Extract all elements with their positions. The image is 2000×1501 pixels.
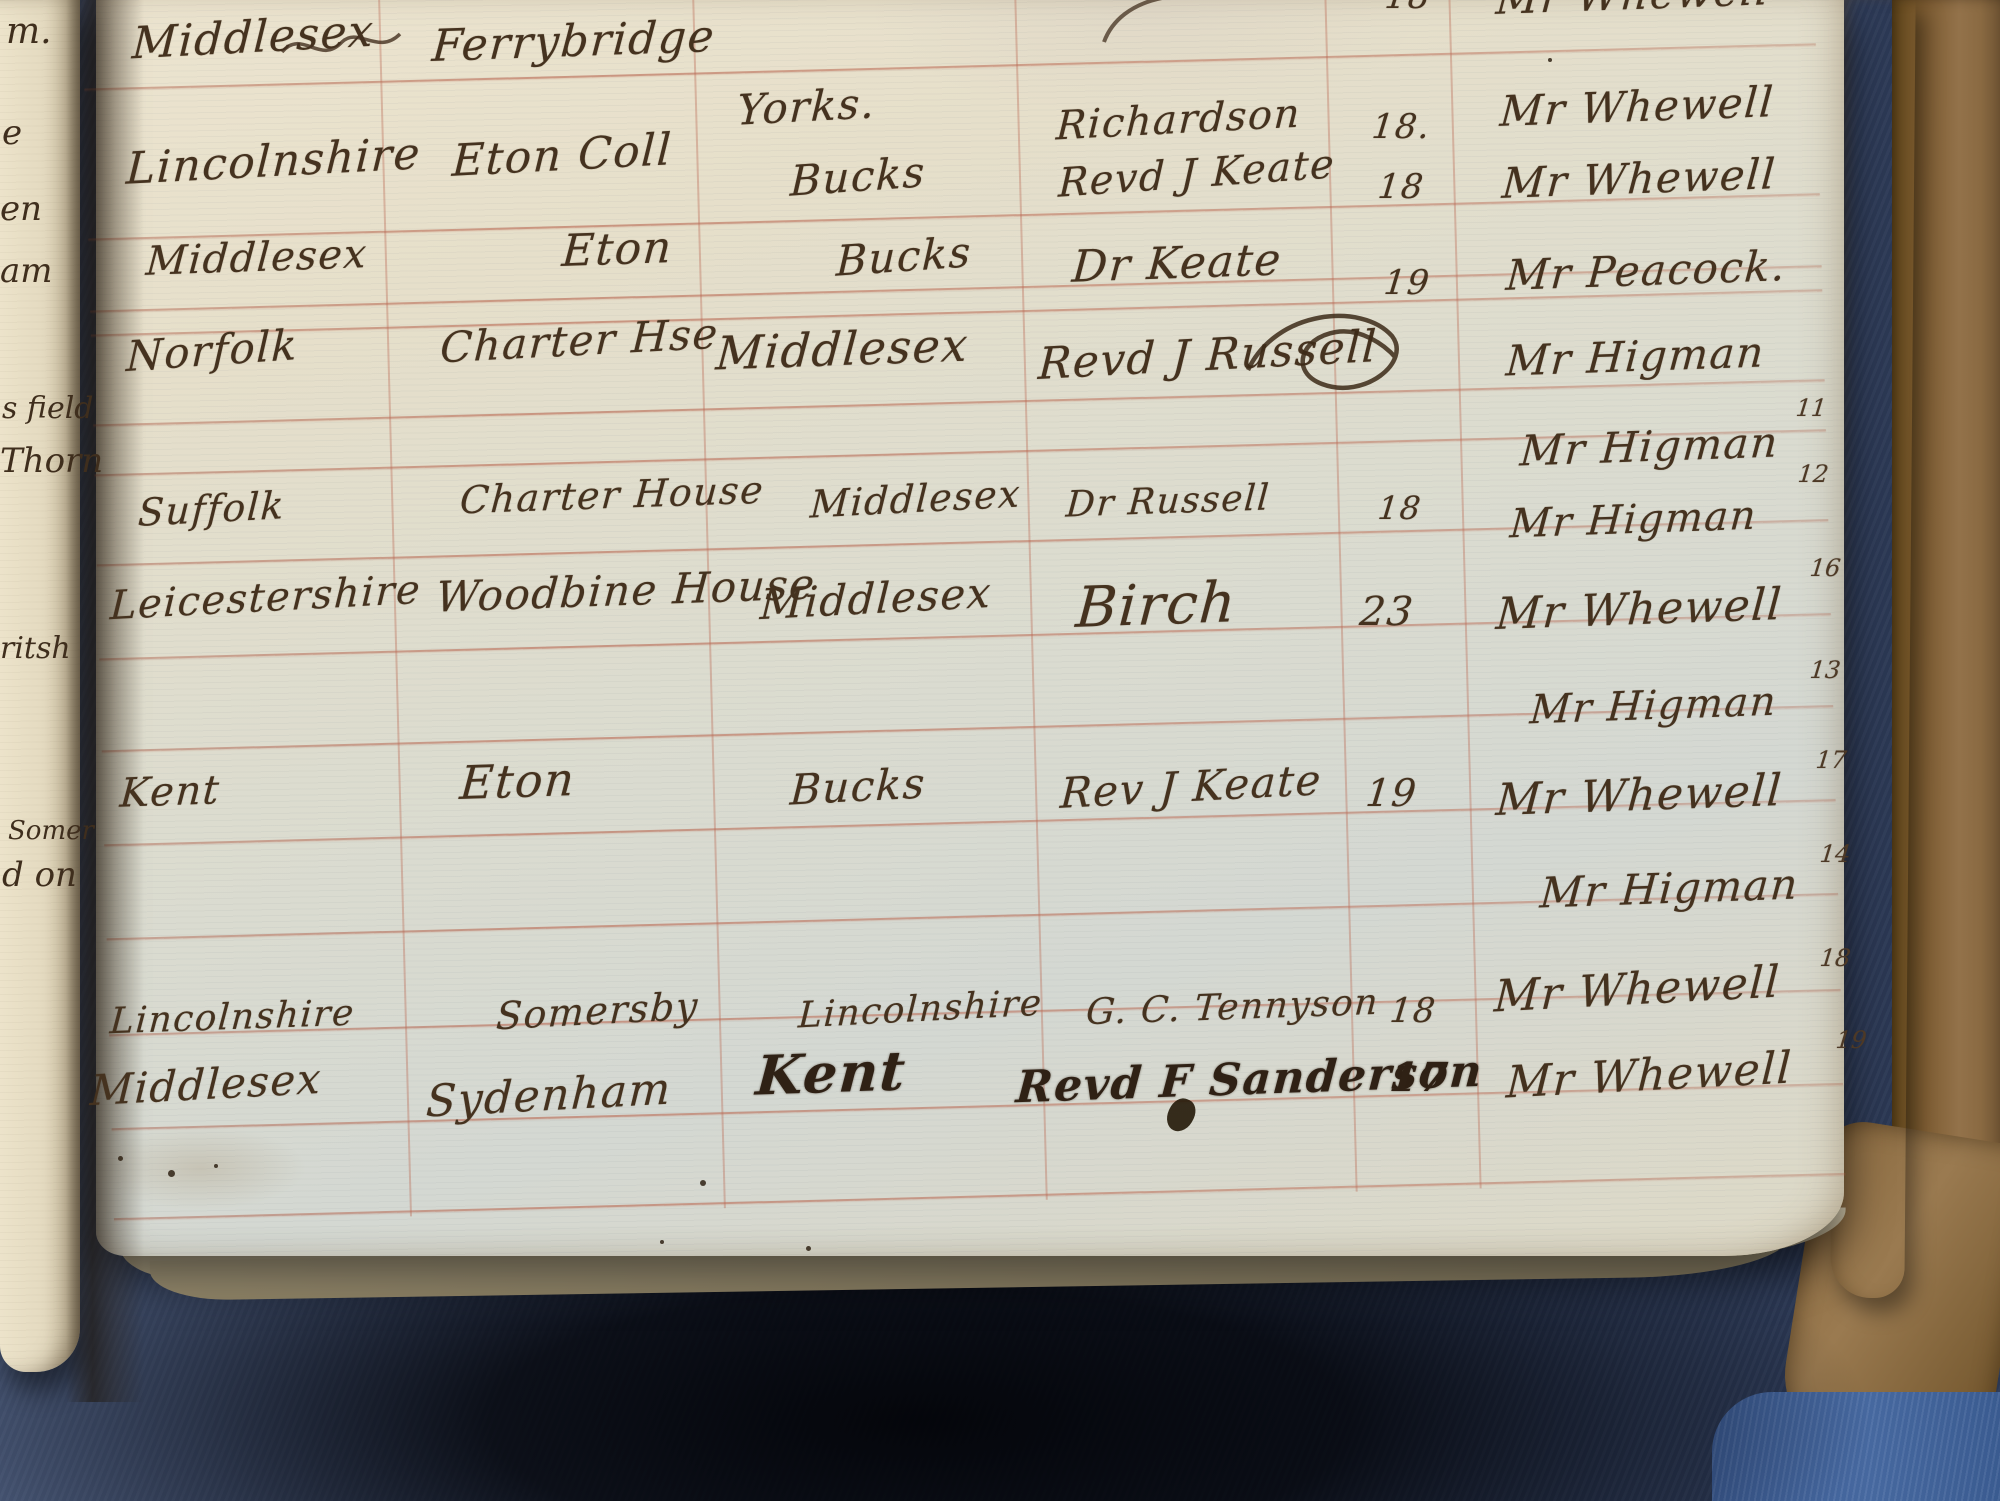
margin-word-fragment: en: [0, 192, 42, 226]
tutor-superscript-number: 12: [1797, 462, 1830, 486]
ink-speck: [1548, 58, 1552, 62]
cell-county: Norfolk: [125, 324, 298, 378]
cell-tutor: Mr Peacock.: [1505, 245, 1788, 297]
cell-master: G. C. Tennyson: [1085, 985, 1380, 1031]
cell-school_county: Kent: [754, 1043, 908, 1102]
cell-tutor: Mr Whewell: [1495, 769, 1784, 823]
margin-word-fragment: d on: [2, 858, 77, 892]
tutor-superscript-number: 11: [1795, 396, 1828, 420]
cell-age: 18: [1376, 492, 1423, 524]
margin-word-fragment: e: [2, 116, 22, 150]
cell-age: 17: [1388, 1058, 1451, 1098]
cell-county: Lincolnshire: [109, 996, 356, 1041]
cell-master: Revd J Keate: [1058, 144, 1336, 204]
cell-age: 18: [1383, 0, 1433, 14]
cell-school: Sydenham: [425, 1067, 673, 1124]
ink-speck: [214, 1164, 218, 1168]
cell-tutor: Mr Whewell: [1505, 1046, 1793, 1105]
tutor-superscript-number: 17: [1815, 748, 1848, 772]
ink-speck: [806, 1246, 811, 1251]
cell-county: Suffolk: [137, 486, 286, 532]
cell-school_county: Yorks.: [736, 82, 877, 131]
cell-master: Richardson: [1055, 94, 1302, 147]
ink-scrawl: [276, 18, 406, 74]
margin-word-fragment: s field: [2, 394, 94, 424]
cell-tutor: Mr Higman: [1529, 682, 1779, 731]
tutor-superscript-number: 13: [1809, 658, 1842, 682]
ink-scrawl: [1238, 296, 1428, 412]
ink-speck: [700, 1180, 706, 1186]
cell-master: Rev J Keate: [1059, 759, 1323, 815]
tutor-superscript-number: 18: [1819, 946, 1852, 970]
cell-county: Leicestershire: [109, 570, 422, 626]
cell-tutor: Mr Whewell: [1501, 153, 1778, 205]
cell-master: Dr Russell: [1065, 480, 1271, 523]
cell-tutor: Mr Higman: [1519, 421, 1781, 472]
cell-age: 18: [1388, 994, 1438, 1028]
cell-county: Kent: [119, 770, 222, 814]
ink-speck: [118, 1156, 123, 1161]
cell-tutor: Mr Higman: [1509, 496, 1759, 545]
cell-age: 19: [1382, 266, 1432, 300]
margin-word-fragment: ritsh: [0, 634, 71, 664]
cell-school_county: Middlesex: [809, 474, 1022, 523]
ledger-entries: 18Mr WhewellMiddlesexFerrybridgeYorks.Ri…: [0, 0, 2000, 1501]
cell-tutor: Mr Whewell: [1495, 583, 1784, 637]
margin-word-fragment: m.: [6, 14, 52, 50]
cell-master: Birch: [1074, 575, 1239, 637]
cell-tutor: Mr Whewell: [1493, 960, 1781, 1019]
cell-school_county: Bucks: [835, 231, 972, 283]
cell-age: 23: [1358, 592, 1416, 632]
cell-age: 18.: [1370, 110, 1432, 144]
margin-word-fragment: am: [0, 254, 53, 288]
cell-school: Charter House: [459, 471, 766, 520]
cell-age: 19: [1364, 774, 1419, 812]
cell-school: Eton: [560, 226, 674, 274]
cell-county: Middlesex: [145, 234, 369, 282]
tutor-superscript-number: 19: [1835, 1028, 1868, 1052]
tutor-superscript-number: 16: [1809, 556, 1842, 580]
ledger-photo: 18Mr WhewellMiddlesexFerrybridgeYorks.Ri…: [0, 0, 2000, 1501]
cell-school: Eton Coll: [451, 128, 673, 184]
cell-tutor: Mr Higman: [1505, 331, 1767, 382]
cell-age: 18: [1376, 170, 1426, 204]
tutor-superscript-number: 14: [1819, 842, 1852, 866]
ink-scrawl: [1092, 0, 1182, 46]
cell-school_county: Middlesex: [759, 572, 993, 626]
cell-school: Somersby: [495, 987, 700, 1036]
cell-tutor: Mr Higman: [1539, 863, 1801, 914]
margin-word-fragment: Thorn: [0, 444, 103, 478]
cell-school_county: Lincolnshire: [797, 986, 1043, 1035]
cell-school_county: Bucks: [789, 762, 927, 811]
cell-tutor: Mr Whewell: [1495, 0, 1772, 21]
cell-county: Middlesex: [89, 1058, 323, 1112]
cell-school_county: Bucks: [789, 151, 926, 203]
cell-school: Eton: [458, 756, 577, 806]
cell-tutor: Mr Whewell: [1499, 81, 1776, 133]
cell-school: Ferrybridge: [431, 15, 717, 69]
ink-speck: [168, 1170, 175, 1177]
cell-master: Dr Keate: [1071, 238, 1284, 289]
ink-speck: [660, 1240, 664, 1244]
cell-school: Charter Hse: [439, 313, 720, 370]
cell-county: Lincolnshire: [125, 132, 422, 192]
cell-school_county: Middlesex: [714, 322, 970, 377]
margin-word-fragment: Somer: [8, 818, 94, 844]
